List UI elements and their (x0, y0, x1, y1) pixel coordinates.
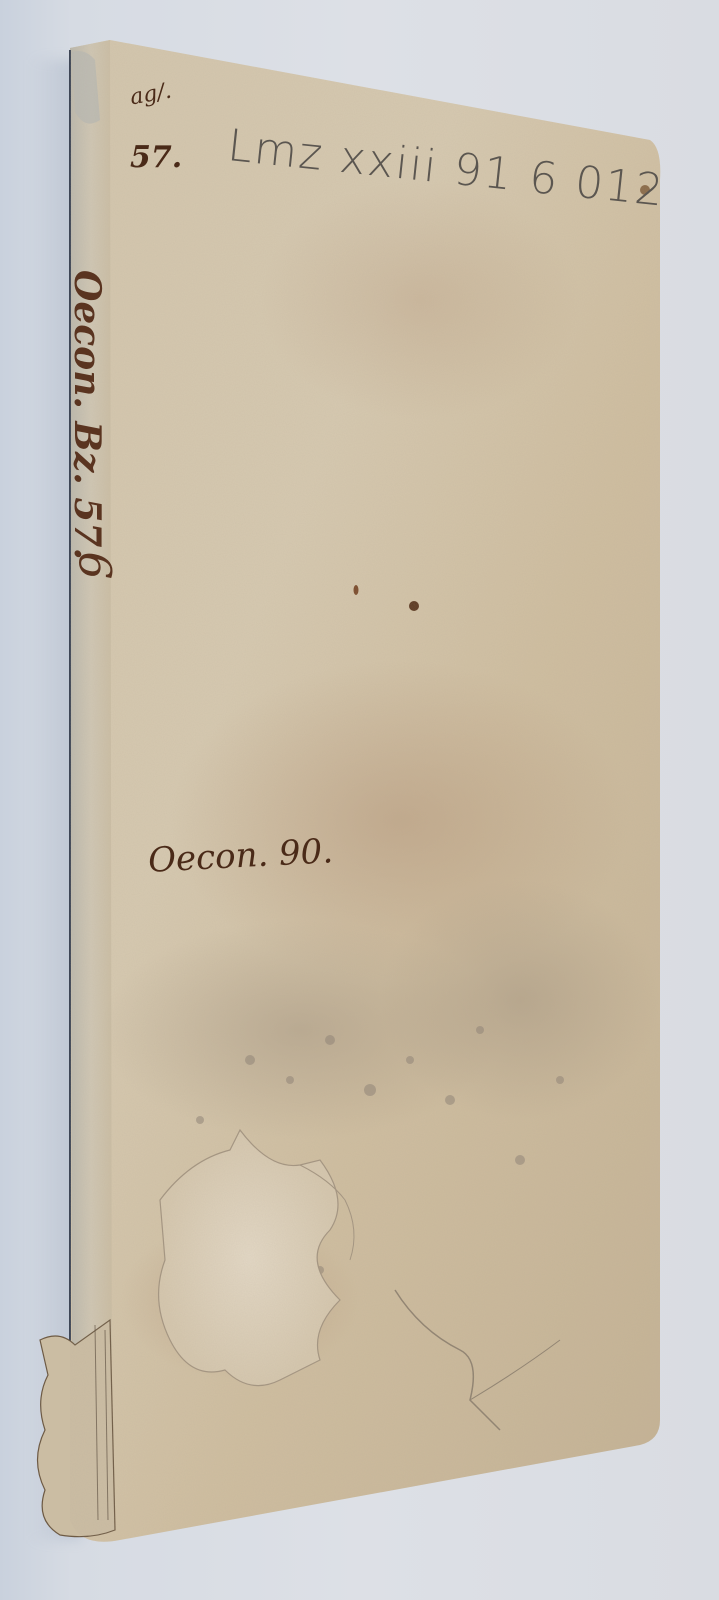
book-illustration (0, 0, 719, 1600)
photo-scene: ag/. 57. Lmz xxiii 91 6 012 Oecon. 90. O… (0, 0, 719, 1600)
